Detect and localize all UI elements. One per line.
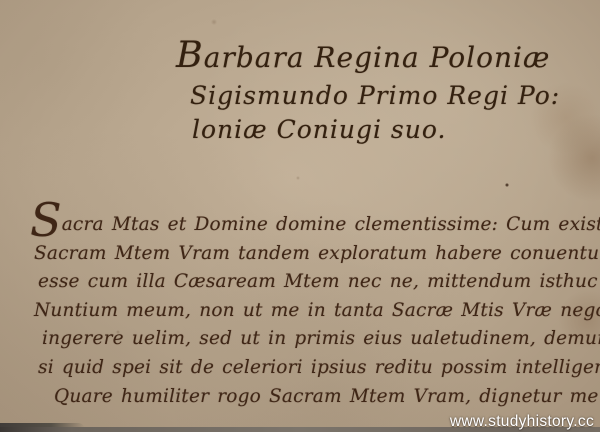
body-line-4: Nuntium meum, non ut me in tanta Sacræ M…: [30, 297, 600, 326]
body-line-5: ingerere uelim, sed ut in primis eius ua…: [30, 325, 600, 354]
watermark-text: www.studyhistory.cc: [450, 413, 594, 431]
heading-line-3: loniæ Coniugi suo.: [0, 113, 600, 147]
letter-heading: Barbara Regina Poloniæ Sigismundo Primo …: [0, 34, 600, 147]
letter-body: Sacra Mtas et Domine domine clementissim…: [30, 211, 600, 411]
body-line-6: si quid spei sit de celeriori ipsius red…: [30, 354, 600, 383]
body-line-1: Sacra Mtas et Domine domine clementissim…: [30, 211, 600, 240]
body-line-2: Sacram Mtem Vram tandem exploratum haber…: [30, 240, 600, 269]
body-line-7: Quare humiliter rogo Sacram Mtem Vram, d…: [30, 383, 600, 412]
heading-line-1: Barbara Regina Poloniæ: [0, 34, 600, 79]
heading-line-2: Sigismundo Primo Regi Po:: [0, 79, 600, 113]
body-line-3: esse cum illa Cæsaream Mtem nec ne, mitt…: [30, 268, 600, 297]
manuscript-scan: Barbara Regina Poloniæ Sigismundo Primo …: [0, 0, 600, 432]
